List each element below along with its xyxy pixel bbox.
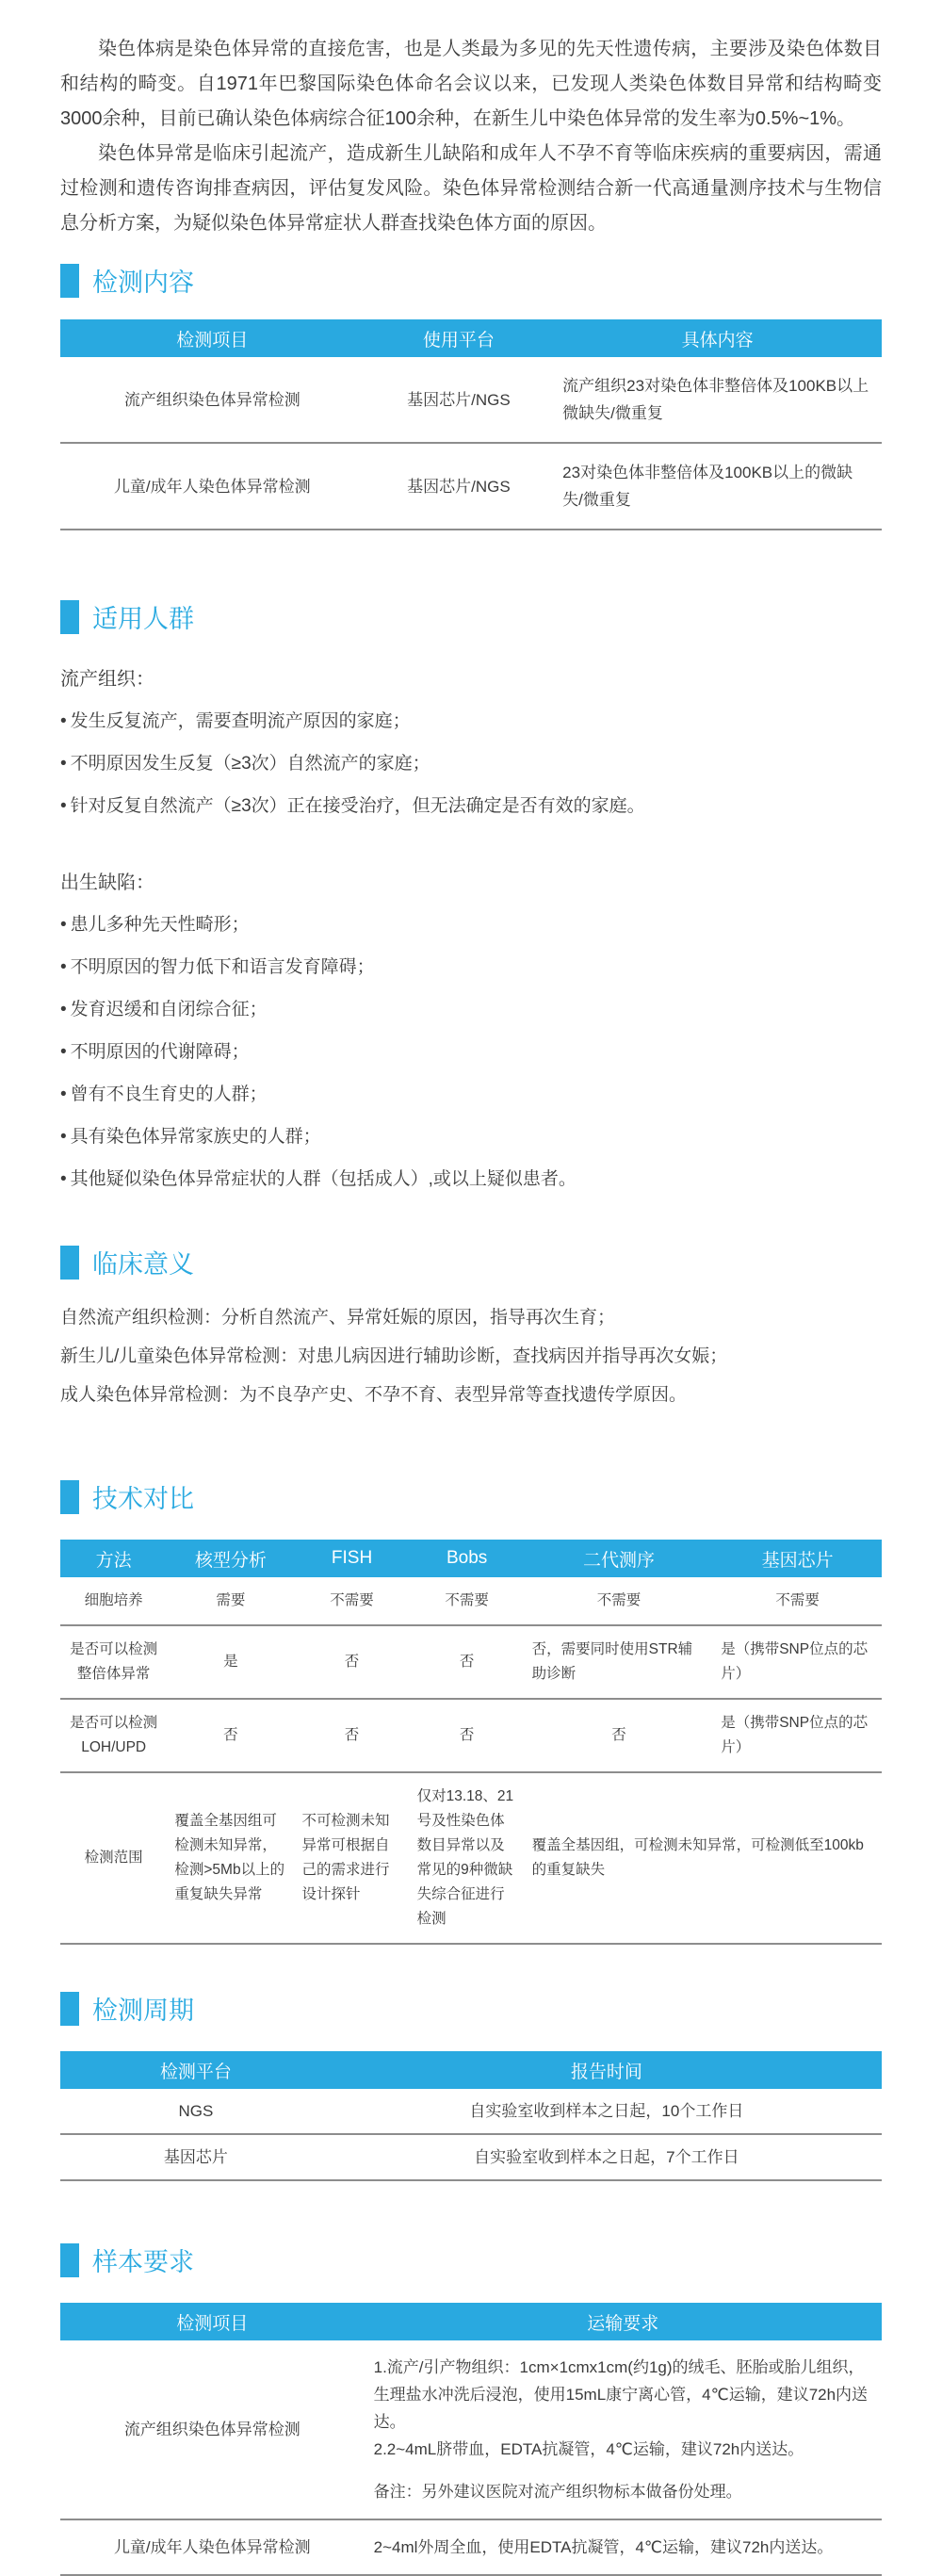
list-item-text: 不明原因的智力低下和语言发育障碍； bbox=[71, 955, 375, 979]
list-item: • 针对反复自然流产（≥3次）正在接受治疗，但无法确定是否有效的家庭。 bbox=[60, 794, 882, 818]
requirement-line: 2.2~4mL脐带血，EDTA抗凝管，4℃运输，建议72h内送达。 bbox=[374, 2436, 872, 2463]
list-item-text: 不明原因的代谢障碍； bbox=[71, 1040, 250, 1064]
row-label: 细胞培养 bbox=[60, 1577, 167, 1625]
population-group-abortion-tissue: 流产组织： • 发生反复流产，需要查明流产原因的家庭； • 不明原因发生反复（≥… bbox=[60, 663, 882, 818]
cell: 否 bbox=[410, 1699, 525, 1772]
table-row: 基因芯片 自实验室收到样本之日起，7个工作日 bbox=[60, 2134, 882, 2180]
list-item-text: 曾有不良生育史的人群； bbox=[71, 1083, 268, 1106]
column-header: Bobs bbox=[410, 1540, 525, 1577]
bullet-icon: • bbox=[60, 752, 67, 775]
section-marker-icon bbox=[60, 2243, 79, 2277]
list-item: • 发育迟缓和自闭综合征； bbox=[60, 998, 882, 1021]
bullet-icon: • bbox=[60, 794, 67, 818]
cell-report-time: 自实验室收到样本之日起，7个工作日 bbox=[332, 2134, 882, 2180]
population-group-birth-defects: 出生缺陷： • 患儿多种先天性畸形； • 不明原因的智力低下和语言发育障碍； •… bbox=[60, 867, 882, 1191]
cell: 不需要 bbox=[525, 1577, 714, 1625]
table-row: 是否可以检测整倍体异常 是 否 否 否，需要同时使用STR辅助诊断 是（携带SN… bbox=[60, 1625, 882, 1699]
table-header-row: 方法 核型分析 FISH Bobs 二代测序 基因芯片 bbox=[60, 1540, 882, 1577]
section-marker-icon bbox=[60, 264, 79, 298]
row-label: 是否可以检测整倍体异常 bbox=[60, 1625, 167, 1699]
list-item: • 其他疑似染色体异常症状的人群（包括成人）,或以上疑似患者。 bbox=[60, 1167, 882, 1191]
table-row: 细胞培养 需要 不需要 不需要 不需要 不需要 bbox=[60, 1577, 882, 1625]
table-row: 流产组织染色体异常检测 基因芯片/NGS 流产组织23对染色体非整倍体及100K… bbox=[60, 357, 882, 443]
cell: 不需要 bbox=[295, 1577, 410, 1625]
intro-paragraph-2: 染色体异常是临床引起流产，造成新生儿缺陷和成年人不孕不育等临床疾病的重要病因，需… bbox=[60, 137, 882, 241]
cell-platform: NGS bbox=[60, 2089, 332, 2134]
table-header-row: 检测项目 运输要求 bbox=[60, 2303, 882, 2340]
cell-transport-requirement: 1.流产/引产物组织：1cm×1cmx1cm(约1g)的绒毛、胚胎或胎儿组织，生… bbox=[365, 2340, 882, 2519]
cell: 否 bbox=[167, 1699, 294, 1772]
bullet-icon: • bbox=[60, 913, 67, 937]
column-header: 具体内容 bbox=[553, 319, 882, 357]
cell-platform: 基因芯片 bbox=[60, 2134, 332, 2180]
list-item-text: 具有染色体异常家族史的人群； bbox=[71, 1125, 321, 1149]
cell: 否 bbox=[525, 1699, 714, 1772]
cell-platform: 基因芯片/NGS bbox=[365, 443, 554, 530]
cell: 是（携带SNP位点的芯片） bbox=[713, 1699, 882, 1772]
column-header: FISH bbox=[295, 1540, 410, 1577]
cell: 不需要 bbox=[410, 1577, 525, 1625]
cell-test-item: 流产组织染色体异常检测 bbox=[60, 2340, 365, 2519]
list-item: • 发生反复流产，需要查明流产原因的家庭； bbox=[60, 709, 882, 733]
cell: 是 bbox=[167, 1625, 294, 1699]
column-header: 报告时间 bbox=[332, 2051, 882, 2089]
cell: 否 bbox=[410, 1625, 525, 1699]
cell-platform: 基因芯片/NGS bbox=[365, 357, 554, 443]
bullet-icon: • bbox=[60, 1125, 67, 1149]
requirement-note: 备注：另外建议医院对流产组织物标本做备份处理。 bbox=[374, 2478, 872, 2505]
column-header: 使用平台 bbox=[365, 319, 554, 357]
detection-content-table: 检测项目 使用平台 具体内容 流产组织染色体异常检测 基因芯片/NGS 流产组织… bbox=[60, 319, 882, 530]
table-row: 检测范围 覆盖全基因组可检测未知异常，检测>5Mb以上的重复缺失异常 不可检测未… bbox=[60, 1772, 882, 1944]
bullet-icon: • bbox=[60, 998, 67, 1021]
cell-test-item: 儿童/成年人染色体异常检测 bbox=[60, 2519, 365, 2575]
requirement-line: 2~4ml外周全血，使用EDTA抗凝管，4℃运输，建议72h内送达。 bbox=[374, 2534, 872, 2561]
cell: 是（携带SNP位点的芯片） bbox=[713, 1625, 882, 1699]
column-header: 检测项目 bbox=[60, 2303, 365, 2340]
section-title-label: 检测周期 bbox=[92, 1990, 194, 2027]
clinical-line: 新生儿/儿童染色体异常检测：对患儿病因进行辅助诊断，查找病因并指导再次女娠； bbox=[60, 1345, 882, 1368]
list-item-text: 患儿多种先天性畸形； bbox=[71, 913, 250, 937]
cell: 需要 bbox=[167, 1577, 294, 1625]
table-row: 流产组织染色体异常检测 1.流产/引产物组织：1cm×1cmx1cm(约1g)的… bbox=[60, 2340, 882, 2519]
table-row: 儿童/成年人染色体异常检测 基因芯片/NGS 23对染色体非整倍体及100KB以… bbox=[60, 443, 882, 530]
section-title-label: 临床意义 bbox=[92, 1244, 194, 1280]
bullet-icon: • bbox=[60, 1167, 67, 1191]
section-title-clinical-significance: 临床意义 bbox=[60, 1244, 882, 1280]
list-item-text: 发育迟缓和自闭综合征； bbox=[71, 998, 268, 1021]
bullet-icon: • bbox=[60, 1083, 67, 1106]
cell-report-time: 自实验室收到样本之日起，10个工作日 bbox=[332, 2089, 882, 2134]
section-title-label: 检测内容 bbox=[92, 262, 194, 299]
cell: 覆盖全基因组可检测未知异常，检测>5Mb以上的重复缺失异常 bbox=[167, 1772, 294, 1944]
section-marker-icon bbox=[60, 1992, 79, 2026]
cell-transport-requirement: 2~4ml外周全血，使用EDTA抗凝管，4℃运输，建议72h内送达。 bbox=[365, 2519, 882, 2575]
section-marker-icon bbox=[60, 1246, 79, 1280]
column-header: 二代测序 bbox=[525, 1540, 714, 1577]
list-item: • 不明原因的代谢障碍； bbox=[60, 1040, 882, 1064]
cell-detail: 流产组织23对染色体非整倍体及100KB以上微缺失/微重复 bbox=[553, 357, 882, 443]
list-item-text: 不明原因发生反复（≥3次）自然流产的家庭； bbox=[71, 752, 430, 775]
intro-block: 染色体病是染色体异常的直接危害，也是人类最为多见的先天性遗传病，主要涉及染色体数… bbox=[60, 32, 882, 241]
section-marker-icon bbox=[60, 1480, 79, 1514]
bullet-icon: • bbox=[60, 1040, 67, 1064]
list-item-text: 发生反复流产，需要查明流产原因的家庭； bbox=[71, 709, 411, 733]
section-title-label: 适用人群 bbox=[92, 598, 194, 635]
cell: 否 bbox=[295, 1625, 410, 1699]
cell: 仅对13.18、21号及性染色体数目异常以及常见的9种微缺失综合征进行检测 bbox=[410, 1772, 525, 1944]
cell-test-item: 儿童/成年人染色体异常检测 bbox=[60, 443, 365, 530]
group-title: 出生缺陷： bbox=[60, 867, 882, 894]
group-title: 流产组织： bbox=[60, 663, 882, 691]
cell: 否，需要同时使用STR辅助诊断 bbox=[525, 1625, 714, 1699]
clinical-line: 成人染色体异常检测：为不良孕产史、不孕不育、表型异常等查找遗传学原因。 bbox=[60, 1384, 882, 1407]
list-item-text: 针对反复自然流产（≥3次）正在接受治疗，但无法确定是否有效的家庭。 bbox=[71, 794, 645, 818]
cell: 不可检测未知异常可根据自己的需求进行设计探针 bbox=[295, 1772, 410, 1944]
list-item: • 不明原因的智力低下和语言发育障碍； bbox=[60, 955, 882, 979]
column-header: 核型分析 bbox=[167, 1540, 294, 1577]
document-page: 染色体病是染色体异常的直接危害，也是人类最为多见的先天性遗传病，主要涉及染色体数… bbox=[0, 0, 942, 2576]
row-label: 检测范围 bbox=[60, 1772, 167, 1944]
table-header-row: 检测项目 使用平台 具体内容 bbox=[60, 319, 882, 357]
sample-requirements-table: 检测项目 运输要求 流产组织染色体异常检测 1.流产/引产物组织：1cm×1cm… bbox=[60, 2303, 882, 2576]
section-title-applicable-population: 适用人群 bbox=[60, 598, 882, 635]
list-item: • 不明原因发生反复（≥3次）自然流产的家庭； bbox=[60, 752, 882, 775]
table-row: 是否可以检测LOH/UPD 否 否 否 否 是（携带SNP位点的芯片） bbox=[60, 1699, 882, 1772]
section-marker-icon bbox=[60, 600, 79, 634]
section-title-detection-cycle: 检测周期 bbox=[60, 1990, 882, 2027]
section-title-label: 技术对比 bbox=[92, 1478, 194, 1515]
section-title-sample-requirements: 样本要求 bbox=[60, 2242, 882, 2278]
section-title-detection-content: 检测内容 bbox=[60, 262, 882, 299]
column-header: 检测平台 bbox=[60, 2051, 332, 2089]
section-title-label: 样本要求 bbox=[92, 2242, 194, 2278]
list-item: • 具有染色体异常家族史的人群； bbox=[60, 1125, 882, 1149]
row-label: 是否可以检测LOH/UPD bbox=[60, 1699, 167, 1772]
intro-paragraph-1: 染色体病是染色体异常的直接危害，也是人类最为多见的先天性遗传病，主要涉及染色体数… bbox=[60, 32, 882, 137]
cell: 否 bbox=[295, 1699, 410, 1772]
bullet-icon: • bbox=[60, 709, 67, 733]
section-title-technology-comparison: 技术对比 bbox=[60, 1478, 882, 1515]
requirement-line: 1.流产/引产物组织：1cm×1cmx1cm(约1g)的绒毛、胚胎或胎儿组织，生… bbox=[374, 2354, 872, 2436]
clinical-significance-block: 自然流产组织检测：分析自然流产、异常妊娠的原因，指导再次生育； 新生儿/儿童染色… bbox=[60, 1307, 882, 1407]
list-item: • 患儿多种先天性畸形； bbox=[60, 913, 882, 937]
cell-test-item: 流产组织染色体异常检测 bbox=[60, 357, 365, 443]
list-item: • 曾有不良生育史的人群； bbox=[60, 1083, 882, 1106]
list-item-text: 其他疑似染色体异常症状的人群（包括成人）,或以上疑似患者。 bbox=[71, 1167, 577, 1191]
detection-cycle-table: 检测平台 报告时间 NGS 自实验室收到样本之日起，10个工作日 基因芯片 自实… bbox=[60, 2051, 882, 2181]
cell: 覆盖全基因组，可检测未知异常，可检测低至100kb的重复缺失 bbox=[525, 1772, 882, 1944]
table-header-row: 检测平台 报告时间 bbox=[60, 2051, 882, 2089]
column-header: 方法 bbox=[60, 1540, 167, 1577]
bullet-icon: • bbox=[60, 955, 67, 979]
cell-detail: 23对染色体非整倍体及100KB以上的微缺失/微重复 bbox=[553, 443, 882, 530]
column-header: 运输要求 bbox=[365, 2303, 882, 2340]
clinical-line: 自然流产组织检测：分析自然流产、异常妊娠的原因，指导再次生育； bbox=[60, 1307, 882, 1329]
column-header: 基因芯片 bbox=[713, 1540, 882, 1577]
column-header: 检测项目 bbox=[60, 319, 365, 357]
technology-comparison-table: 方法 核型分析 FISH Bobs 二代测序 基因芯片 细胞培养 需要 不需要 … bbox=[60, 1540, 882, 1945]
cell: 不需要 bbox=[713, 1577, 882, 1625]
table-row: NGS 自实验室收到样本之日起，10个工作日 bbox=[60, 2089, 882, 2134]
